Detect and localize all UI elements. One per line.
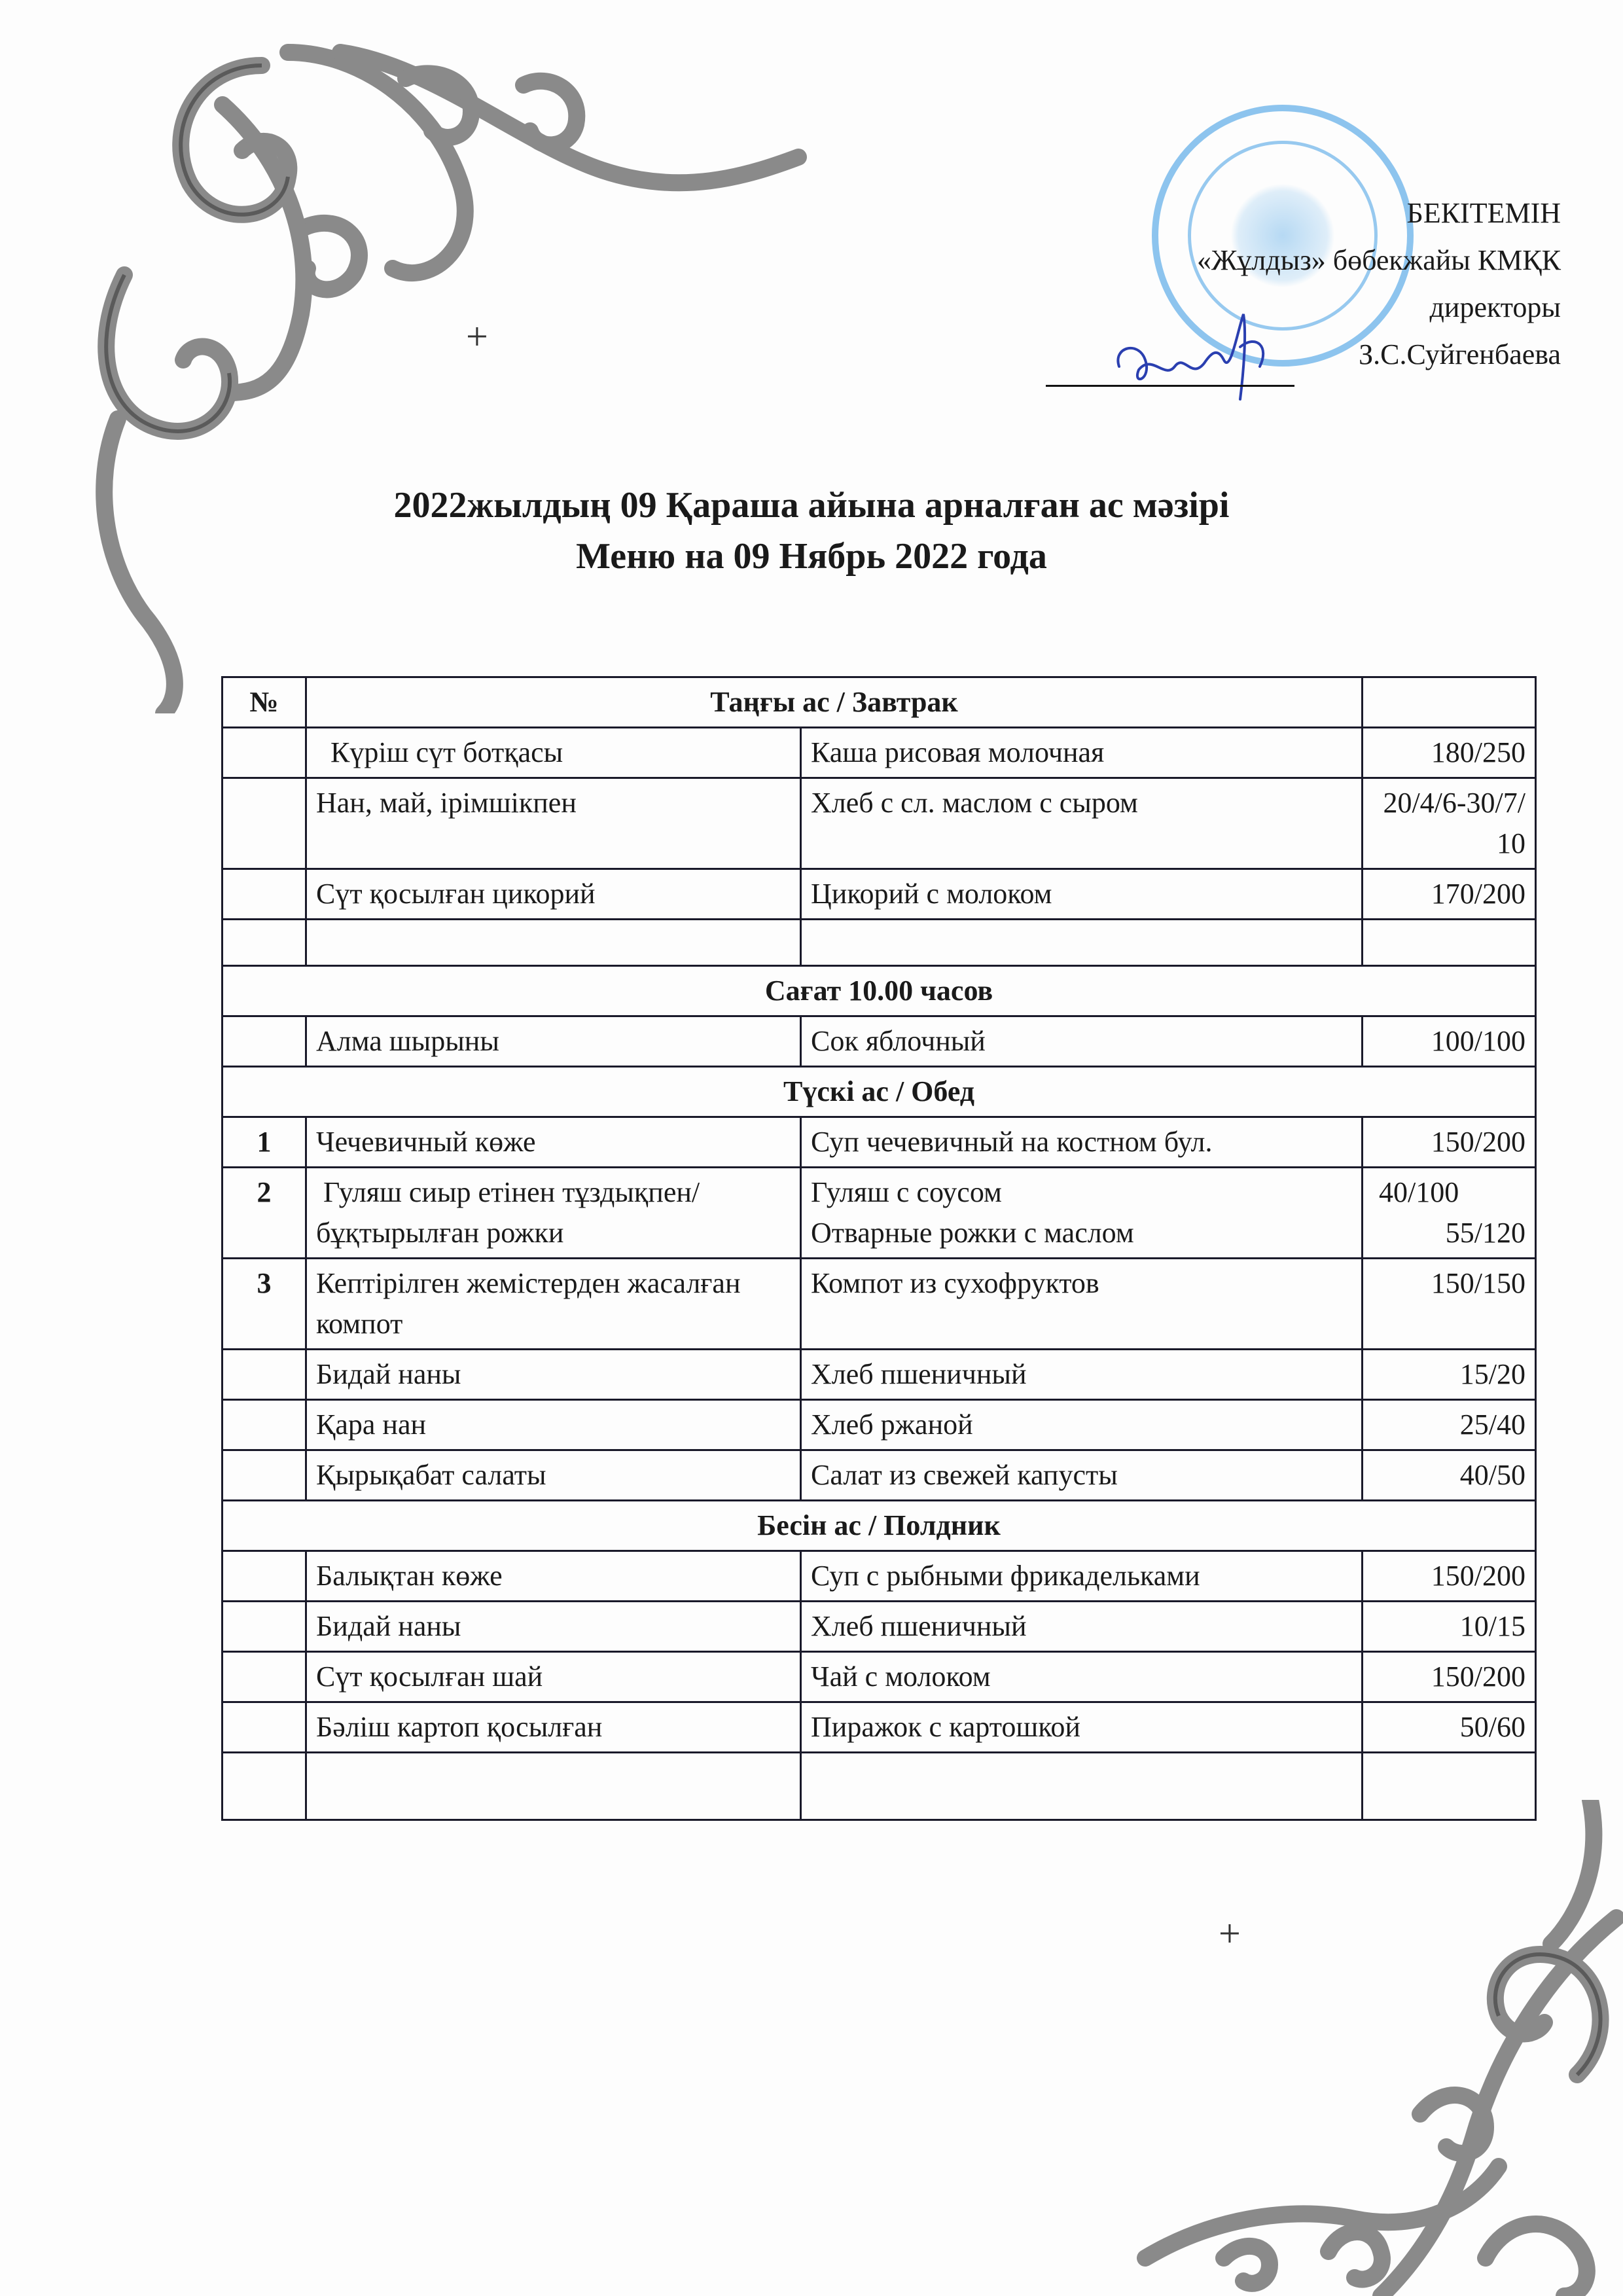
empty-cell	[1363, 920, 1536, 966]
row-number	[223, 1652, 306, 1702]
table-row: Қырықабат салаты Салат из свежей капусты…	[223, 1450, 1536, 1501]
section-lunch: Түскі ас / Обед	[223, 1067, 1536, 1117]
table-row: Бәліш картоп қосылған Пиражок с картошко…	[223, 1702, 1536, 1753]
row-number	[223, 778, 306, 869]
row-number	[223, 1551, 306, 1602]
registration-cross-icon: +	[466, 317, 488, 356]
dish-name-kz: Қара нан	[306, 1400, 801, 1450]
page-title-kz: 2022жылдың 09 Қараша айына арналған ас м…	[0, 484, 1623, 526]
approval-heading: БЕКІТЕМІН	[1197, 190, 1561, 237]
page-title-ru: Меню на 09 Нябрь 2022 года	[0, 535, 1623, 577]
row-number	[223, 1450, 306, 1501]
portion-size-line1: 40/100	[1372, 1172, 1525, 1213]
table-header-row: № Таңғы ас / Завтрак	[223, 677, 1536, 728]
table-row: Сүт қосылған шай Чай с молоком 150/200	[223, 1652, 1536, 1702]
approval-block: БЕКІТЕМІН «Жұлдыз» бөбекжайы КМҚК директ…	[1197, 190, 1561, 378]
dish-name-ru: Цикорий с молоком	[801, 869, 1363, 920]
dish-name-ru: Компот из сухофруктов	[801, 1259, 1363, 1350]
approval-signatory: З.С.Суйгенбаева	[1197, 331, 1561, 378]
portion-size: 170/200	[1363, 869, 1536, 920]
table-row: Қара нан Хлеб ржаной 25/40	[223, 1400, 1536, 1450]
row-number	[223, 1602, 306, 1652]
empty-row	[223, 1753, 1536, 1820]
portion-size: 150/200	[1363, 1117, 1536, 1168]
row-number	[223, 1350, 306, 1400]
table-row: Сүт қосылған цикорий Цикорий с молоком 1…	[223, 869, 1536, 920]
dish-name-kz: Чечевичный көже	[306, 1117, 801, 1168]
portion-size: 100/100	[1363, 1016, 1536, 1067]
dish-name-ru: Хлеб ржаной	[801, 1400, 1363, 1450]
ornament-bottom-right-icon	[1080, 1800, 1623, 2296]
dish-name-kz: Алма шырыны	[306, 1016, 801, 1067]
row-number: 1	[223, 1117, 306, 1168]
portion-size: 40/50	[1363, 1450, 1536, 1501]
dish-name-kz: Бидай наны	[306, 1602, 801, 1652]
row-number: 2	[223, 1168, 306, 1259]
section-afternoon-snack: Бесін ас / Полдник	[223, 1501, 1536, 1551]
dish-name-kz: Күріш сүт ботқасы	[306, 728, 801, 778]
empty-cell	[801, 920, 1363, 966]
empty-cell	[1363, 1753, 1536, 1820]
empty-cell	[223, 920, 306, 966]
section-row: Сағат 10.00 часов	[223, 966, 1536, 1016]
section-breakfast: Таңғы ас / Завтрак	[306, 677, 1363, 728]
empty-row	[223, 920, 1536, 966]
empty-header-cell	[1363, 677, 1536, 728]
approval-organization: «Жұлдыз» бөбекжайы КМҚК	[1197, 237, 1561, 284]
dish-name-ru: Хлеб с сл. маслом с сыром	[801, 778, 1363, 869]
dish-name-ru: Сок яблочный	[801, 1016, 1363, 1067]
row-number: 3	[223, 1259, 306, 1350]
empty-cell	[223, 1753, 306, 1820]
dish-name-ru: Чай с молоком	[801, 1652, 1363, 1702]
dish-name-ru: Хлеб пшеничный	[801, 1602, 1363, 1652]
section-row: Түскі ас / Обед	[223, 1067, 1536, 1117]
dish-name-kz: Кептірілген жемістерден жасалған компот	[306, 1259, 801, 1350]
dish-name-ru: Пиражок с картошкой	[801, 1702, 1363, 1753]
dish-name-ru-line1: Гуляш с соусом	[811, 1172, 1352, 1213]
portion-size: 150/200	[1363, 1551, 1536, 1602]
dish-name-ru-line2: Отварные рожки с маслом	[811, 1213, 1352, 1253]
dish-name-ru: Суп чечевичный на костном бул.	[801, 1117, 1363, 1168]
section-snack-10: Сағат 10.00 часов	[223, 966, 1536, 1016]
row-number	[223, 728, 306, 778]
portion-size-line2: 55/120	[1372, 1213, 1525, 1253]
row-number	[223, 1400, 306, 1450]
row-number	[223, 869, 306, 920]
table-row: 3 Кептірілген жемістерден жасалған компо…	[223, 1259, 1536, 1350]
empty-cell	[801, 1753, 1363, 1820]
portion-size: 20/4/6-30/7/10	[1363, 778, 1536, 869]
empty-cell	[306, 920, 801, 966]
row-number	[223, 1016, 306, 1067]
dish-name-kz: Қырықабат салаты	[306, 1450, 801, 1501]
signature-line	[1046, 385, 1294, 387]
dish-name-kz: Гуляш сиыр етінен тұздықпен/бұқтырылған …	[306, 1168, 801, 1259]
table-row: Алма шырыны Сок яблочный 100/100	[223, 1016, 1536, 1067]
table-row: Нан, май, ірімшікпен Хлеб с сл. маслом с…	[223, 778, 1536, 869]
dish-name-ru: Гуляш с соусом Отварные рожки с маслом	[801, 1168, 1363, 1259]
table-row: Балықтан көже Суп с рыбными фрикаделькам…	[223, 1551, 1536, 1602]
dish-name-ru: Каша рисовая молочная	[801, 728, 1363, 778]
row-number	[223, 1702, 306, 1753]
portion-size: 150/150	[1363, 1259, 1536, 1350]
empty-cell	[306, 1753, 801, 1820]
menu-table: № Таңғы ас / Завтрак Күріш сүт ботқасы К…	[221, 676, 1537, 1821]
table-row: Бидай наны Хлеб пшеничный 15/20	[223, 1350, 1536, 1400]
portion-size: 50/60	[1363, 1702, 1536, 1753]
portion-size: 180/250	[1363, 728, 1536, 778]
portion-size: 40/100 55/120	[1363, 1168, 1536, 1259]
number-column-header: №	[223, 677, 306, 728]
table-row: Бидай наны Хлеб пшеничный 10/15	[223, 1602, 1536, 1652]
dish-name-kz: Бәліш картоп қосылған	[306, 1702, 801, 1753]
section-row: Бесін ас / Полдник	[223, 1501, 1536, 1551]
portion-size: 15/20	[1363, 1350, 1536, 1400]
portion-size: 10/15	[1363, 1602, 1536, 1652]
table-row: Күріш сүт ботқасы Каша рисовая молочная …	[223, 728, 1536, 778]
portion-size: 25/40	[1363, 1400, 1536, 1450]
portion-size: 150/200	[1363, 1652, 1536, 1702]
ornament-top-left-icon	[65, 26, 851, 713]
dish-name-kz: Бидай наны	[306, 1350, 801, 1400]
dish-name-ru: Салат из свежей капусты	[801, 1450, 1363, 1501]
dish-name-kz: Сүт қосылған цикорий	[306, 869, 801, 920]
dish-name-ru: Хлеб пшеничный	[801, 1350, 1363, 1400]
table-row: 1 Чечевичный көже Суп чечевичный на кост…	[223, 1117, 1536, 1168]
dish-name-ru: Суп с рыбными фрикадельками	[801, 1551, 1363, 1602]
dish-name-kz: Сүт қосылған шай	[306, 1652, 801, 1702]
registration-cross-icon: +	[1219, 1914, 1241, 1953]
dish-name-kz: Балықтан көже	[306, 1551, 801, 1602]
approval-position: директоры	[1197, 284, 1561, 331]
table-row: 2 Гуляш сиыр етінен тұздықпен/бұқтырылға…	[223, 1168, 1536, 1259]
dish-name-kz: Нан, май, ірімшікпен	[306, 778, 801, 869]
